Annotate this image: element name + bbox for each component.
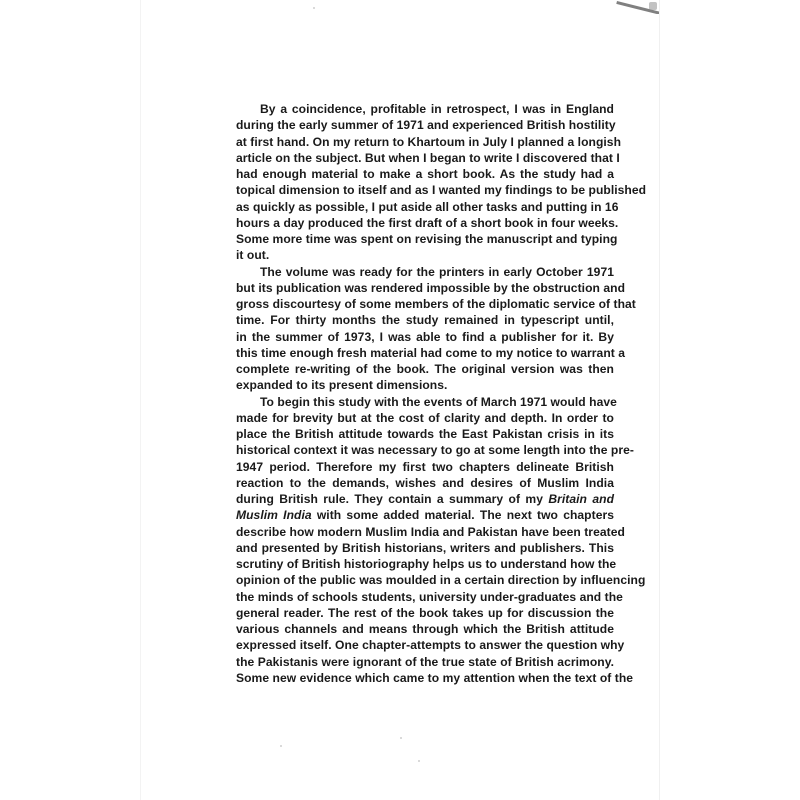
text-line: 1947 period. Therefore my first two chap… [236,459,614,475]
text-line: place the British attitude towards the E… [236,426,614,442]
text-line: and presented by British historians, wri… [236,540,614,556]
text-line: this time enough fresh material had come… [236,345,614,361]
text-line: The volume was ready for the printers in… [236,264,614,280]
text-line: in the summer of 1973, I was able to fin… [236,329,614,345]
scan-speck [313,7,315,9]
text-line: expressed itself. One chapter-attempts t… [236,637,614,653]
text-line: scrutiny of British historiography helps… [236,556,614,572]
paragraph: To begin this study with the events of M… [236,394,614,687]
text-line: at first hand. On my return to Khartoum … [236,134,614,150]
text-line: Some new evidence which came to my atten… [236,670,614,686]
text-line: gross discourtesy of some members of the… [236,296,614,312]
text-line: historical context it was necessary to g… [236,442,614,458]
scan-speck [418,760,420,762]
text-line: To begin this study with the events of M… [236,394,614,410]
text-line: made for brevity but at the cost of clar… [236,410,614,426]
text-line: as quickly as possible, I put aside all … [236,199,614,215]
text-line: reaction to the demands, wishes and desi… [236,475,614,491]
text-line: during British rule. They contain a summ… [236,491,614,507]
text-line: Some more time was spent on revising the… [236,231,614,247]
scan-speck [400,737,402,739]
text-line: it out. [236,247,614,263]
book-title-italic: Muslim India [236,508,312,522]
book-title-italic: Britain and [548,492,614,506]
text-line: topical dimension to itself and as I wan… [236,182,614,198]
text-line: Muslim India with some added material. T… [236,507,614,523]
text-line: By a coincidence, profitable in retrospe… [236,101,614,117]
body-text: By a coincidence, profitable in retrospe… [236,101,614,686]
text-line: during the early summer of 1971 and expe… [236,117,614,133]
text-line: the Pakistanis were ignorant of the true… [236,654,614,670]
paragraph: The volume was ready for the printers in… [236,264,614,394]
text-line: general reader. The rest of the book tak… [236,605,614,621]
text-line: complete re-writing of the book. The ori… [236,361,614,377]
scan-corner-artifact [611,0,659,14]
text-line: various channels and means through which… [236,621,614,637]
text-line: but its publication was rendered impossi… [236,280,614,296]
text-line: article on the subject. But when I began… [236,150,614,166]
text-line: had enough material to make a short book… [236,166,614,182]
text-line: expanded to its present dimensions. [236,377,614,393]
text-line: the minds of schools students, universit… [236,589,614,605]
text-line: time. For thirty months the study remain… [236,312,614,328]
paragraph: By a coincidence, profitable in retrospe… [236,101,614,264]
text-line: describe how modern Muslim India and Pak… [236,524,614,540]
text-line: opinion of the public was moulded in a c… [236,572,614,588]
text-line: hours a day produced the first draft of … [236,215,614,231]
scan-speck [280,745,282,747]
